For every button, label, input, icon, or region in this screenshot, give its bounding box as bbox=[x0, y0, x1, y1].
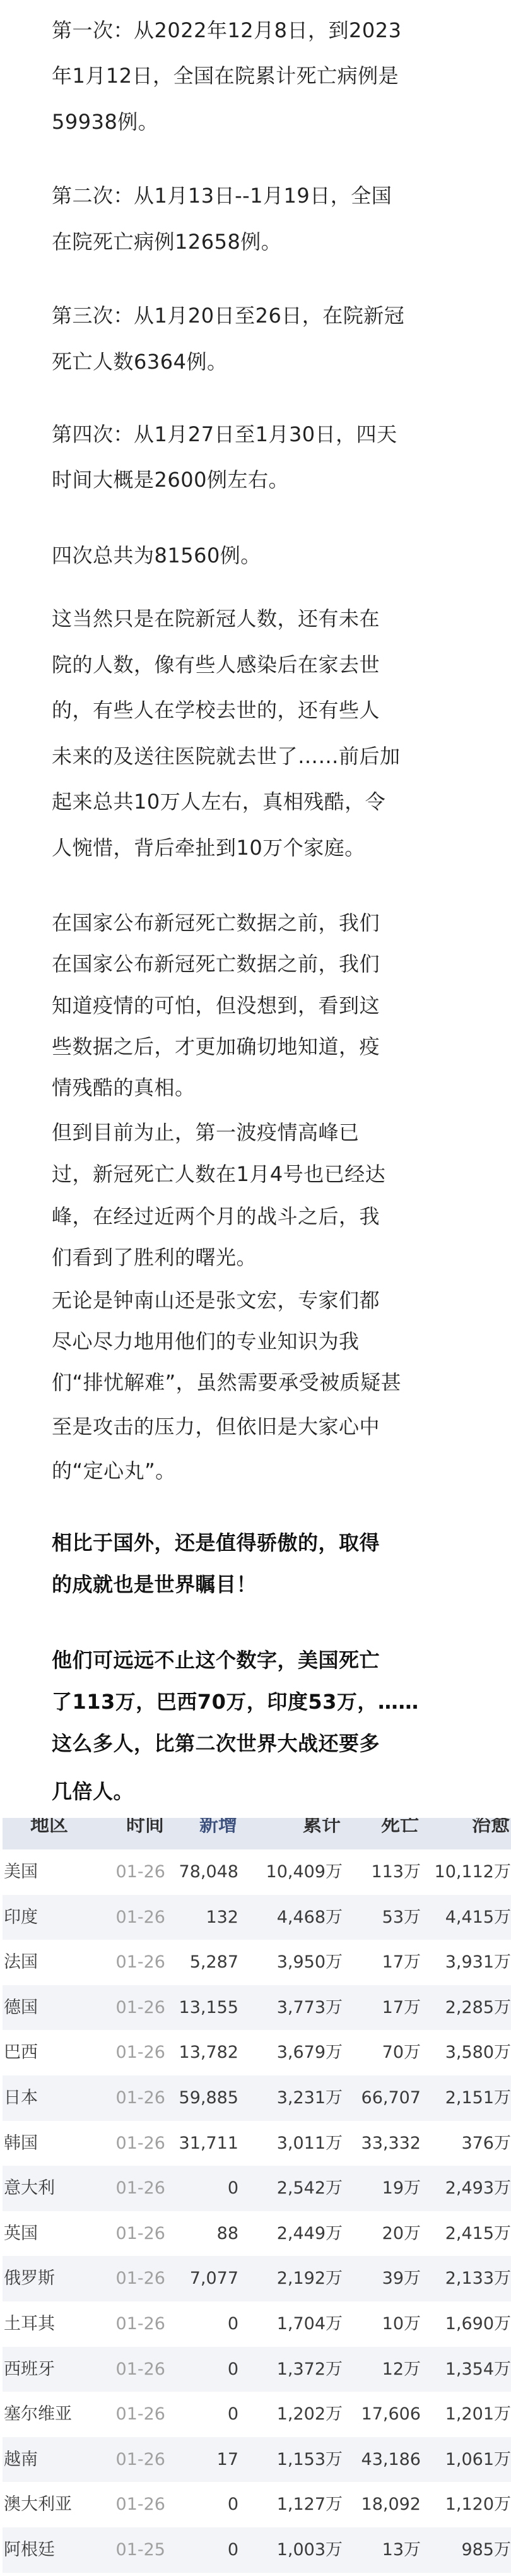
cell-total-cases: 3,679万 bbox=[277, 2030, 343, 2075]
cell-date: 01-26 bbox=[116, 2301, 165, 2347]
cell-date: 01-26 bbox=[116, 1985, 165, 2031]
paragraph-line: 起来总共10万人左右，真相残酷，令 bbox=[52, 789, 462, 814]
table-row[interactable]: 美国01-2678,04810,409万113万10,112万 bbox=[3, 1849, 511, 1895]
paragraph-line: 的“定心丸”。 bbox=[52, 1458, 462, 1483]
cell-total-cases: 3,011万 bbox=[277, 2121, 343, 2166]
cell-new-cases: 13,782 bbox=[179, 2030, 238, 2075]
cell-deaths: 19万 bbox=[382, 2166, 421, 2211]
paragraph-line: 了113万，巴西70万，印度53万，…… bbox=[52, 1689, 462, 1714]
paragraph-line: 相比于国外，还是值得骄傲的，取得 bbox=[52, 1530, 462, 1555]
table-header: 地区 时间 新增 累计 死亡 治愈 bbox=[3, 1818, 511, 1849]
cell-new-cases: 0 bbox=[228, 2392, 238, 2437]
cell-new-cases: 0 bbox=[228, 2166, 238, 2211]
cell-new-cases: 0 bbox=[228, 2347, 238, 2392]
paragraph-line: 未来的及送往医院就去世了……前后加 bbox=[52, 744, 462, 769]
paragraph-line: 59938例。 bbox=[52, 109, 462, 134]
cell-recovered: 2,151万 bbox=[445, 2075, 511, 2121]
cell-region: 意大利 bbox=[4, 2166, 55, 2211]
paragraph-line: 的成就也是世界瞩目！ bbox=[52, 1572, 462, 1597]
cell-region: 阿根廷 bbox=[4, 2527, 55, 2573]
table-row[interactable]: 土耳其01-2601,704万10万1,690万 bbox=[3, 2301, 511, 2347]
cell-recovered: 2,133万 bbox=[445, 2256, 511, 2301]
paragraph-line: 这当然只是在院新冠人数，还有未在 bbox=[52, 606, 462, 631]
cell-deaths: 17万 bbox=[382, 1985, 421, 2031]
table-row[interactable]: 巴西01-2613,7823,679万70万3,580万 bbox=[3, 2030, 511, 2075]
cell-deaths: 17,606 bbox=[361, 2392, 421, 2437]
cell-total-cases: 10,409万 bbox=[266, 1849, 343, 1895]
cell-date: 01-26 bbox=[116, 2482, 165, 2527]
header-region[interactable]: 地区 bbox=[30, 1818, 68, 1839]
paragraph-line: 第四次：从1月27日至1月30日，四天 bbox=[52, 422, 462, 447]
cell-recovered: 376万 bbox=[461, 2121, 511, 2166]
header-total-cases[interactable]: 累计 bbox=[303, 1818, 341, 1839]
table-row[interactable]: 越南01-26171,153万43,1861,061万 bbox=[3, 2437, 511, 2483]
cell-date: 01-26 bbox=[116, 2030, 165, 2075]
table-row[interactable]: 韩国01-2631,7113,011万33,332376万 bbox=[3, 2121, 511, 2166]
cell-region: 法国 bbox=[4, 1940, 38, 1985]
cell-total-cases: 3,950万 bbox=[277, 1940, 343, 1985]
paragraph-line: 们“排忧解难”，虽然需要承受被质疑甚 bbox=[52, 1370, 462, 1395]
paragraph-line: 他们可远远不止这个数字，美国死亡 bbox=[52, 1647, 462, 1673]
table-row[interactable]: 意大利01-2602,542万19万2,493万 bbox=[3, 2166, 511, 2211]
header-date[interactable]: 时间 bbox=[126, 1818, 164, 1839]
cell-date: 01-26 bbox=[116, 2392, 165, 2437]
paragraph-line: 但到目前为止，第一波疫情高峰已 bbox=[52, 1120, 462, 1145]
cell-deaths: 20万 bbox=[382, 2211, 421, 2257]
cell-recovered: 1,120万 bbox=[445, 2482, 511, 2527]
cell-recovered: 985万 bbox=[461, 2527, 511, 2573]
cell-new-cases: 59,885 bbox=[179, 2075, 238, 2121]
cell-region: 塞尔维亚 bbox=[4, 2392, 72, 2437]
cell-date: 01-26 bbox=[116, 2347, 165, 2392]
cell-recovered: 10,112万 bbox=[435, 1849, 511, 1895]
cell-recovered: 1,354万 bbox=[445, 2347, 511, 2392]
table-body: 美国01-2678,04810,409万113万10,112万印度01-2613… bbox=[3, 1849, 511, 2573]
cell-deaths: 39万 bbox=[382, 2256, 421, 2301]
cell-region: 英国 bbox=[4, 2211, 38, 2257]
cell-new-cases: 0 bbox=[228, 2527, 238, 2573]
table-row[interactable]: 印度01-261324,468万53万4,415万 bbox=[3, 1895, 511, 1940]
table-row[interactable]: 法国01-265,2873,950万17万3,931万 bbox=[3, 1940, 511, 1985]
cell-deaths: 18,092 bbox=[361, 2482, 421, 2527]
cell-region: 西班牙 bbox=[4, 2347, 55, 2392]
cell-total-cases: 1,003万 bbox=[277, 2527, 343, 2573]
cell-region: 俄罗斯 bbox=[4, 2256, 55, 2301]
cell-date: 01-26 bbox=[116, 2166, 165, 2211]
cell-region: 土耳其 bbox=[4, 2301, 55, 2347]
paragraph-line: 们看到了胜利的曙光。 bbox=[52, 1245, 462, 1270]
table-row[interactable]: 日本01-2659,8853,231万66,7072,151万 bbox=[3, 2075, 511, 2121]
paragraph-line: 四次总共为81560例。 bbox=[52, 543, 462, 568]
cell-total-cases: 1,202万 bbox=[277, 2392, 343, 2437]
paragraph-line: 过，新冠死亡人数在1月4号也已经达 bbox=[52, 1161, 462, 1187]
cell-recovered: 1,201万 bbox=[445, 2392, 511, 2437]
paragraph-line: 死亡人数6364例。 bbox=[52, 349, 462, 374]
cell-deaths: 33,332 bbox=[361, 2121, 421, 2166]
cell-date: 01-26 bbox=[116, 1895, 165, 1940]
paragraph-line: 这么多人，比第二次世界大战还要多 bbox=[52, 1731, 462, 1756]
cell-total-cases: 2,449万 bbox=[277, 2211, 343, 2257]
table-row[interactable]: 德国01-2613,1553,773万17万2,285万 bbox=[3, 1985, 511, 2031]
cell-recovered: 1,690万 bbox=[445, 2301, 511, 2347]
cell-date: 01-26 bbox=[116, 2075, 165, 2121]
paragraph-line: 院的人数，像有些人感染后在家去世 bbox=[52, 652, 462, 677]
cell-region: 印度 bbox=[4, 1895, 38, 1940]
cell-date: 01-26 bbox=[116, 2256, 165, 2301]
cell-new-cases: 78,048 bbox=[179, 1849, 238, 1895]
paragraph-line: 至是攻击的压力，但依旧是大家心中 bbox=[52, 1414, 462, 1439]
cell-recovered: 1,061万 bbox=[445, 2437, 511, 2483]
cell-new-cases: 5,287 bbox=[190, 1940, 238, 1985]
cell-deaths: 12万 bbox=[382, 2347, 421, 2392]
cell-total-cases: 3,773万 bbox=[277, 1985, 343, 2031]
paragraph-line: 第二次：从1月13日--1月19日，全国 bbox=[52, 183, 462, 208]
table-row[interactable]: 澳大利亚01-2601,127万18,0921,120万 bbox=[3, 2482, 511, 2527]
paragraph-line: 些数据之后，才更加确切地知道，疫 bbox=[52, 1034, 462, 1059]
table-row[interactable]: 俄罗斯01-267,0772,192万39万2,133万 bbox=[3, 2256, 511, 2301]
cell-recovered: 2,415万 bbox=[445, 2211, 511, 2257]
cell-region: 越南 bbox=[4, 2437, 38, 2483]
paragraph-line: 无论是钟南山还是张文宏，专家们都 bbox=[52, 1288, 462, 1313]
table-row[interactable]: 塞尔维亚01-2601,202万17,6061,201万 bbox=[3, 2392, 511, 2437]
cell-deaths: 10万 bbox=[382, 2301, 421, 2347]
cell-new-cases: 0 bbox=[228, 2482, 238, 2527]
cell-region: 日本 bbox=[4, 2075, 38, 2121]
cell-deaths: 70万 bbox=[382, 2030, 421, 2075]
paragraph-line: 知道疫情的可怕，但没想到，看到这 bbox=[52, 993, 462, 1018]
covid-stats-table: 地区 时间 新增 累计 死亡 治愈 美国01-2678,04810,409万11… bbox=[3, 1818, 511, 2573]
cell-region: 巴西 bbox=[4, 2030, 38, 2075]
cell-total-cases: 2,542万 bbox=[277, 2166, 343, 2211]
cell-recovered: 2,285万 bbox=[445, 1985, 511, 2031]
cell-total-cases: 1,127万 bbox=[277, 2482, 343, 2527]
cell-deaths: 66,707 bbox=[361, 2075, 421, 2121]
cell-total-cases: 3,231万 bbox=[277, 2075, 343, 2121]
paragraph-line: 尽心尽力地用他们的专业知识为我 bbox=[52, 1329, 462, 1354]
paragraph-line: 年1月12日，全国在院累计死亡病例是 bbox=[52, 63, 462, 88]
cell-region: 美国 bbox=[4, 1849, 38, 1895]
table-row[interactable]: 西班牙01-2601,372万12万1,354万 bbox=[3, 2347, 511, 2392]
table-row[interactable]: 英国01-26882,449万20万2,415万 bbox=[3, 2211, 511, 2257]
cell-total-cases: 2,192万 bbox=[277, 2256, 343, 2301]
cell-date: 01-26 bbox=[116, 1940, 165, 1985]
cell-deaths: 53万 bbox=[382, 1895, 421, 1940]
cell-new-cases: 88 bbox=[217, 2211, 238, 2257]
cell-total-cases: 1,704万 bbox=[277, 2301, 343, 2347]
cell-date: 01-26 bbox=[116, 2121, 165, 2166]
cell-new-cases: 31,711 bbox=[179, 2121, 238, 2166]
cell-total-cases: 4,468万 bbox=[277, 1895, 343, 1940]
cell-total-cases: 1,372万 bbox=[277, 2347, 343, 2392]
cell-deaths: 113万 bbox=[371, 1849, 421, 1895]
paragraph-line: 情残酷的真相。 bbox=[52, 1075, 462, 1100]
cell-deaths: 43,186 bbox=[361, 2437, 421, 2483]
paragraph-line: 几倍人。 bbox=[52, 1779, 462, 1804]
paragraph-line: 人惋惜，背后牵扯到10万个家庭。 bbox=[52, 835, 462, 860]
paragraph-line: 时间大概是2600例左右。 bbox=[52, 467, 462, 492]
cell-date: 01-26 bbox=[116, 1849, 165, 1895]
cell-region: 韩国 bbox=[4, 2121, 38, 2166]
cell-date: 01-26 bbox=[116, 2211, 165, 2257]
header-new-cases[interactable]: 新增 bbox=[199, 1818, 237, 1839]
cell-region: 德国 bbox=[4, 1985, 38, 2031]
cell-recovered: 4,415万 bbox=[445, 1895, 511, 1940]
header-deaths[interactable]: 死亡 bbox=[381, 1818, 419, 1839]
paragraph-line: 的，有些人在学校去世的，还有些人 bbox=[52, 697, 462, 723]
paragraph-line: 第一次：从2022年12月8日，到2023 bbox=[52, 18, 462, 43]
paragraph-line: 在国家公布新冠死亡数据之前，我们 bbox=[52, 951, 462, 976]
cell-date: 01-26 bbox=[116, 2437, 165, 2483]
cell-region: 澳大利亚 bbox=[4, 2482, 72, 2527]
paragraph-line: 第三次：从1月20日至26日，在院新冠 bbox=[52, 303, 462, 328]
cell-total-cases: 1,153万 bbox=[277, 2437, 343, 2483]
cell-new-cases: 7,077 bbox=[190, 2256, 238, 2301]
cell-new-cases: 17 bbox=[217, 2437, 238, 2483]
header-recovered[interactable]: 治愈 bbox=[472, 1818, 510, 1839]
cell-recovered: 3,931万 bbox=[445, 1940, 511, 1985]
cell-new-cases: 132 bbox=[206, 1895, 238, 1940]
cell-recovered: 3,580万 bbox=[445, 2030, 511, 2075]
cell-date: 01-25 bbox=[116, 2527, 165, 2573]
cell-recovered: 2,493万 bbox=[445, 2166, 511, 2211]
cell-deaths: 17万 bbox=[382, 1940, 421, 1985]
table-row[interactable]: 阿根廷01-2501,003万13万985万 bbox=[3, 2527, 511, 2573]
paragraph-line: 在院死亡病例12658例。 bbox=[52, 229, 462, 254]
paragraph-line: 峰，在经过近两个月的战斗之后，我 bbox=[52, 1204, 462, 1229]
cell-deaths: 13万 bbox=[382, 2527, 421, 2573]
cell-new-cases: 13,155 bbox=[179, 1985, 238, 2031]
cell-new-cases: 0 bbox=[228, 2301, 238, 2347]
paragraph-line: 在国家公布新冠死亡数据之前，我们 bbox=[52, 910, 462, 935]
